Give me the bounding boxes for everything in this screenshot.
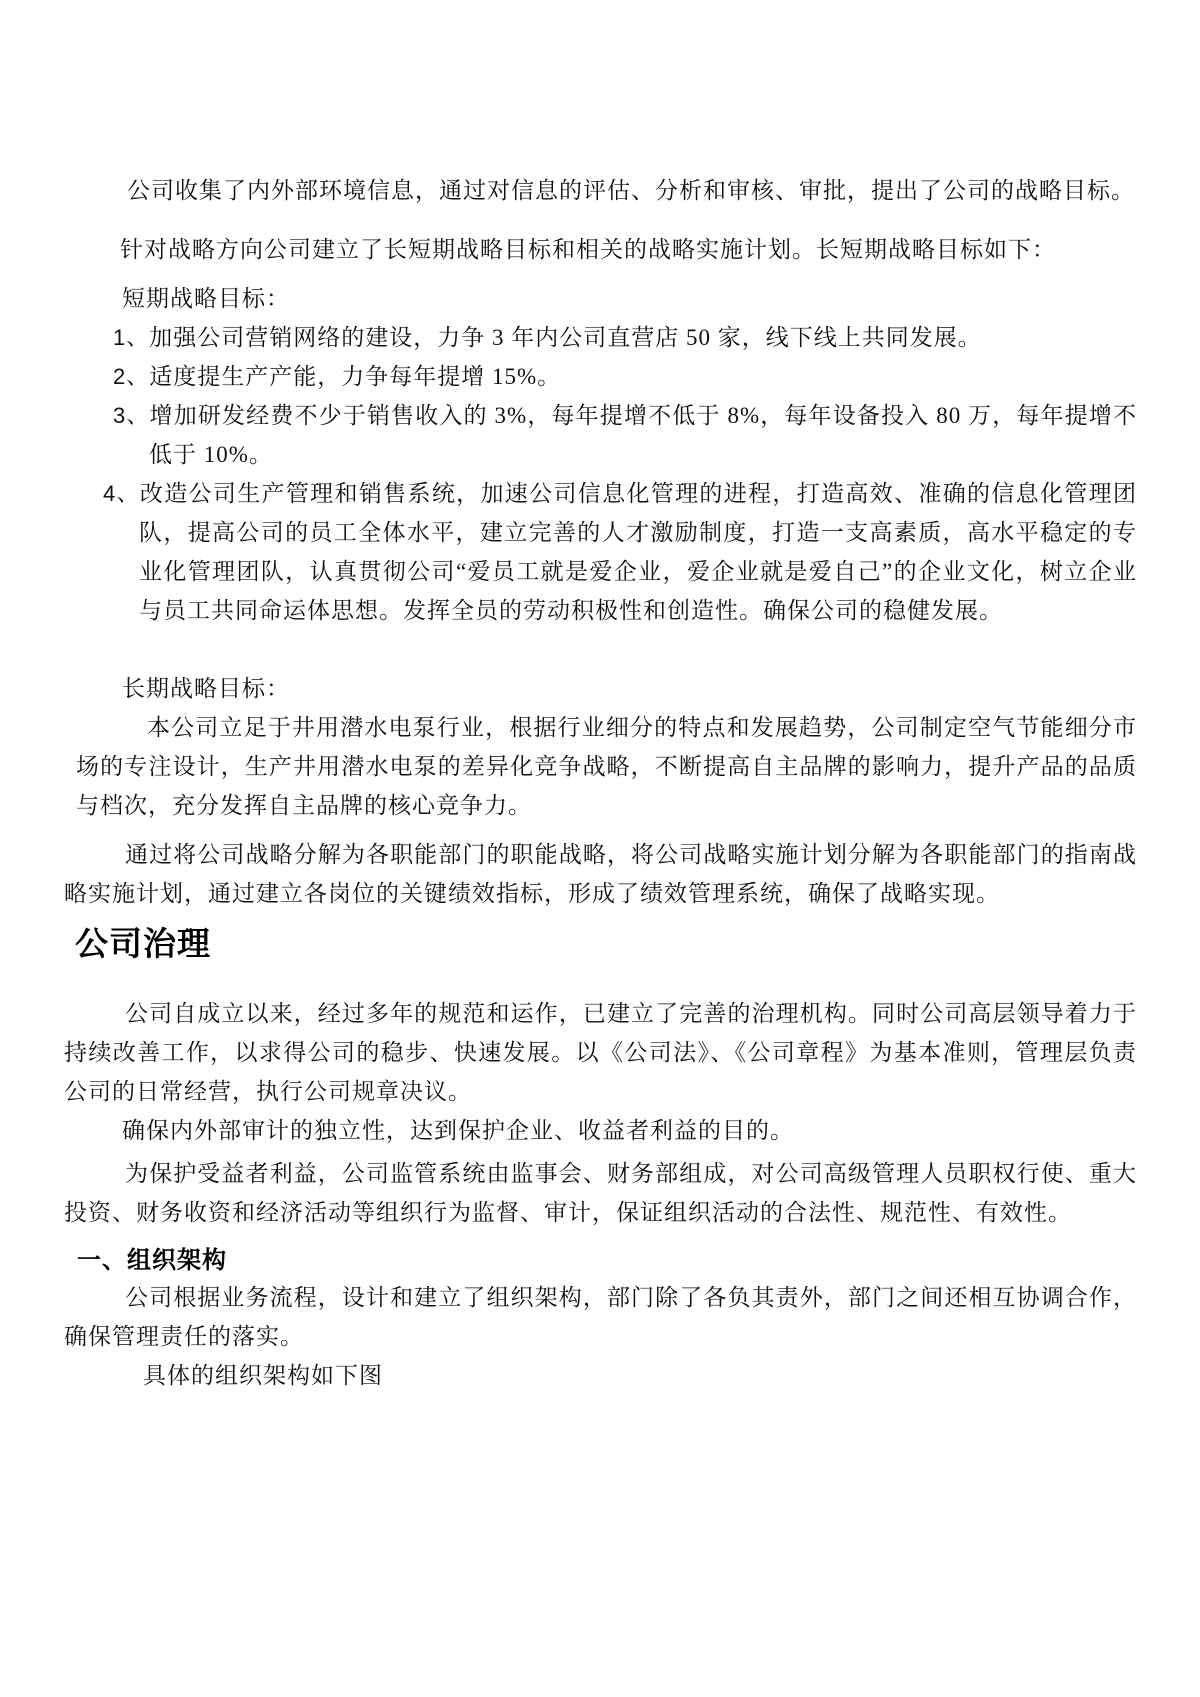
paragraph-kpi-system: 通过将公司战略分解为各职能部门的职能战略，将公司战略实施计划分解为各职能部门的指…: [64, 835, 1137, 913]
paragraph-organization-chart-note: 具体的组织架构如下图: [64, 1356, 1137, 1395]
paragraph-governance-structure: 公司自成立以来，经过多年的规范和运作，已建立了完善的治理机构。同时公司高层领导着…: [64, 994, 1137, 1111]
list-item-number: 1、: [113, 325, 149, 350]
list-item: 1、加强公司营销网络的建设，力争 3 年内公司直营店 50 家，线下线上共同发展…: [113, 318, 1137, 357]
paragraph-supervision-system: 为保护受益者利益，公司监管系统由监事会、财务部组成，对公司高级管理人员职权行使、…: [64, 1154, 1137, 1232]
list-item-number: 2、: [113, 364, 149, 389]
list-item-number: 3、: [113, 403, 150, 428]
list-item-number: 4、: [103, 481, 140, 506]
document-page: 公司收集了内外部环境信息，通过对信息的评估、分析和审核、审批，提出了公司的战略目…: [0, 0, 1200, 1697]
section-heading-corporate-governance: 公司治理: [75, 922, 1137, 966]
list-item-text: 适度提生产产能，力争每年提增 15%。: [149, 364, 561, 389]
list-item-text: 改造公司生产管理和销售系统，加速公司信息化管理的进程，打造高效、准确的信息化管理…: [139, 481, 1137, 623]
paragraph-organization-design: 公司根据业务流程，设计和建立了组织架构，部门除了各负其责外，部门之间还相互协调合…: [64, 1278, 1137, 1356]
list-item: 4、改造公司生产管理和销售系统，加速公司信息化管理的进程，打造高效、准确的信息化…: [103, 474, 1137, 630]
short-term-goals-list: 1、加强公司营销网络的建设，力争 3 年内公司直营店 50 家，线下线上共同发展…: [64, 318, 1137, 630]
subsection-heading-organization-structure: 一、组织架构: [77, 1244, 1137, 1278]
paragraph-strategy-intro: 公司收集了内外部环境信息，通过对信息的评估、分析和审核、审批，提出了公司的战略目…: [64, 171, 1137, 210]
paragraph-strategy-direction: 针对战略方向公司建立了长短期战略目标和相关的战略实施计划。长短期战略目标如下：: [64, 230, 1137, 269]
paragraph-long-term-goals: 本公司立足于井用潜水电泵行业，根据行业细分的特点和发展趋势，公司制定空气节能细分…: [76, 708, 1137, 825]
list-item: 2、适度提生产产能，力争每年提增 15%。: [113, 357, 1137, 396]
list-item-text: 增加研发经费不少于销售收入的 3%，每年提增不低于 8%，每年设备投入 80 万…: [149, 403, 1137, 467]
paragraph-audit-independence: 确保内外部审计的独立性，达到保护企业、收益者利益的目的。: [64, 1111, 1137, 1150]
list-item: 3、增加研发经费不少于销售收入的 3%，每年提增不低于 8%，每年设备投入 80…: [113, 396, 1137, 474]
long-term-goals-label: 长期战略目标：: [64, 669, 1137, 708]
short-term-goals-label: 短期战略目标：: [64, 279, 1137, 318]
list-item-text: 加强公司营销网络的建设，力争 3 年内公司直营店 50 家，线下线上共同发展。: [149, 325, 982, 350]
